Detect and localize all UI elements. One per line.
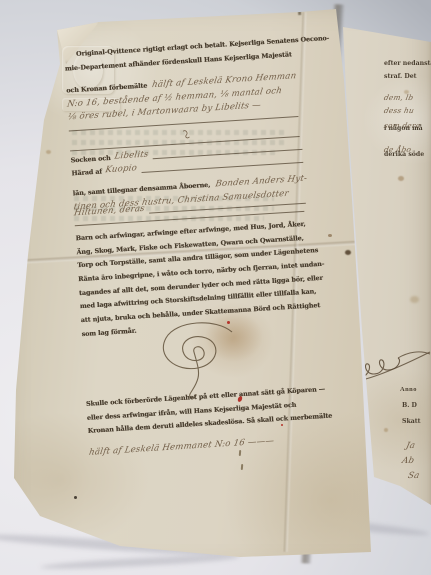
photo-of-deed-document: efter nedanstå straf. Det dem, lb dess h… [0, 0, 431, 575]
printed-line-fragment: Skatt [402, 418, 420, 425]
printed-line-fragment: Anno [400, 386, 417, 393]
field-label-harad: Härad af [71, 167, 102, 177]
handwritten-entry: hälft af Leskelä Hemmanet N:o 16 ——— [88, 436, 275, 458]
fold-hole [345, 250, 351, 255]
edge-tear-nick [298, 8, 301, 15]
edge-tear-nick [96, 13, 100, 20]
stain-spot [46, 150, 51, 154]
handwritten-fragment: Sa [407, 471, 421, 481]
printed-line: som lag förmår. [81, 327, 136, 338]
printed-line-fragment: B. D [402, 402, 417, 409]
pin-hole [74, 496, 77, 499]
right-page-text-block: efter nedanstå straf. Det dem, lb dess h… [384, 52, 431, 172]
handwritten-entry: Hiltunen, deras [73, 204, 145, 219]
deed-text-block: Original-Qvittence rigtigt erlagt och be… [63, 30, 328, 474]
printed-line-fragment: efter nedanstå [384, 60, 431, 67]
cloth-wrinkle [40, 553, 240, 571]
stain-spot [328, 234, 332, 237]
stain-spot [398, 176, 404, 181]
stain-spot [410, 296, 419, 303]
stain-spot [384, 428, 388, 432]
printed-line-fragment: i någon må [384, 125, 423, 132]
field-value-harad: Kuopio [105, 163, 138, 175]
printed-line-fragment: derika söde [384, 151, 424, 158]
printed-line-fragment: straf. Det [384, 73, 417, 80]
small-ink-mark [181, 129, 192, 140]
